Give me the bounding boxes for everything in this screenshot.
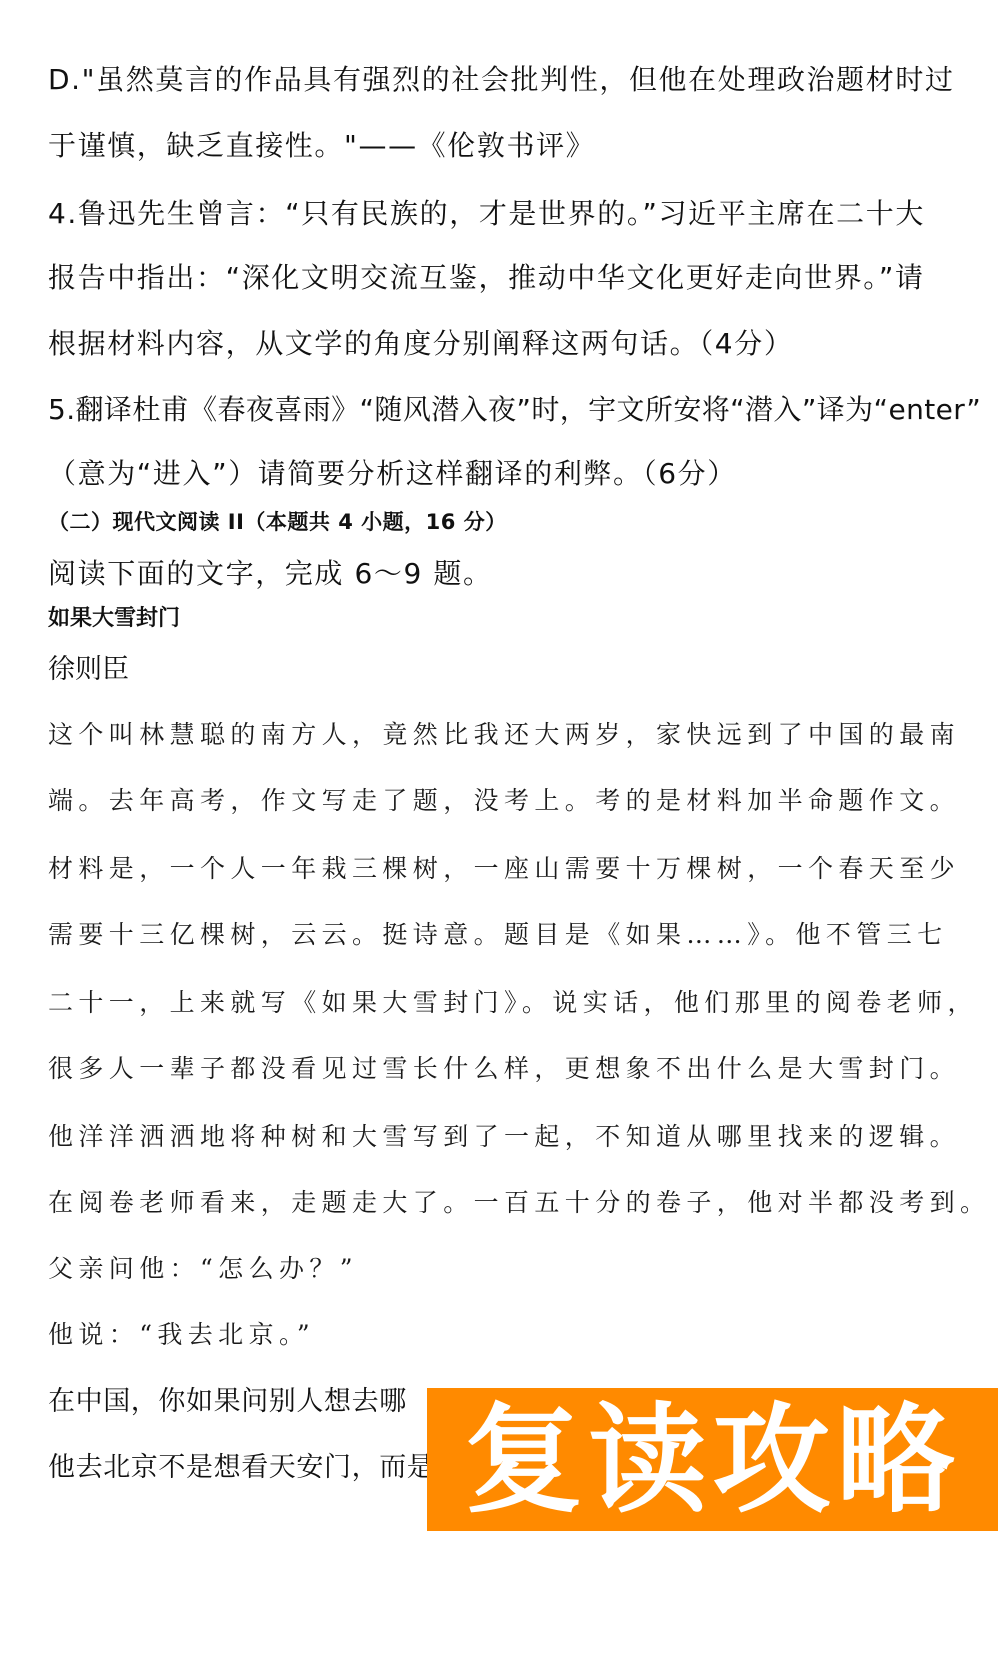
section-heading: （二）现代文阅读 II（本题共 4 小题，16 分）: [48, 512, 507, 533]
article-dialogue-line: 父亲问他：“怎么办？”: [48, 1256, 358, 1281]
article-paragraph-line: 材料是，一个人一年栽三棵树，一座山需要十万棵树，一个春天至少: [48, 856, 960, 881]
article-paragraph-line: 在阅卷老师看来，走题走大了。一百五十分的卷子，他对半都没考到。: [48, 1190, 990, 1215]
article-dialogue-line: 他说：“我去北京。”: [48, 1322, 315, 1347]
question-4-line-2: 报告中指出：“深化文明交流互鉴，推动中华文化更好走向世界。”请: [48, 264, 925, 292]
reading-instruction: 阅读下面的文字，完成 6～9 题。: [48, 560, 493, 588]
article-paragraph-line: 很多人一辈子都没看见过雪长什么样，更想象不出什么是大雪封门。: [48, 1056, 960, 1081]
watermark-banner: 复读攻略: [427, 1388, 998, 1531]
watermark-text: 复读攻略: [464, 1401, 960, 1519]
article-paragraph-line: 他洋洋洒洒地将种树和大雪写到了一起，不知道从哪里找来的逻辑。: [48, 1124, 960, 1149]
article-author: 徐则臣: [48, 656, 129, 683]
option-d-line-1: D."虽然莫言的作品具有强烈的社会批判性，但他在处理政治题材时过: [48, 66, 955, 94]
question-5-line-2: （意为“进入”）请简要分析这样翻译的利弊。（6分）: [48, 460, 737, 488]
article-paragraph-line: 需要十三亿棵树，云云。挺诗意。题目是《如果……》。他不管三七: [48, 922, 948, 947]
article-paragraph-line: 二十一，上来就写《如果大雪封门》。说实话，他们那里的阅卷老师，: [48, 990, 978, 1015]
question-4-line-3: 根据材料内容，从文学的角度分别阐释这两句话。（4分）: [48, 330, 793, 358]
article-paragraph-line: 在中国，你如果问别人想去哪: [48, 1388, 407, 1415]
option-d-line-2: 于谨慎，缺乏直接性。"——《伦敦书评》: [48, 132, 595, 160]
question-4-line-1: 4.鲁迅先生曾言：“只有民族的，才是世界的。”习近平主席在二十大: [48, 200, 925, 228]
question-5-line-1: 5.翻译杜甫《春夜喜雨》“随风潜入夜”时，宇文所安将“潜入”译为“enter”: [48, 396, 981, 424]
article-title: 如果大雪封门: [48, 608, 180, 630]
article-paragraph-line: 这个叫林慧聪的南方人，竟然比我还大两岁，家快远到了中国的最南: [48, 722, 960, 747]
article-paragraph-line: 端。去年高考，作文写走了题，没考上。考的是材料加半命题作文。: [48, 788, 960, 813]
